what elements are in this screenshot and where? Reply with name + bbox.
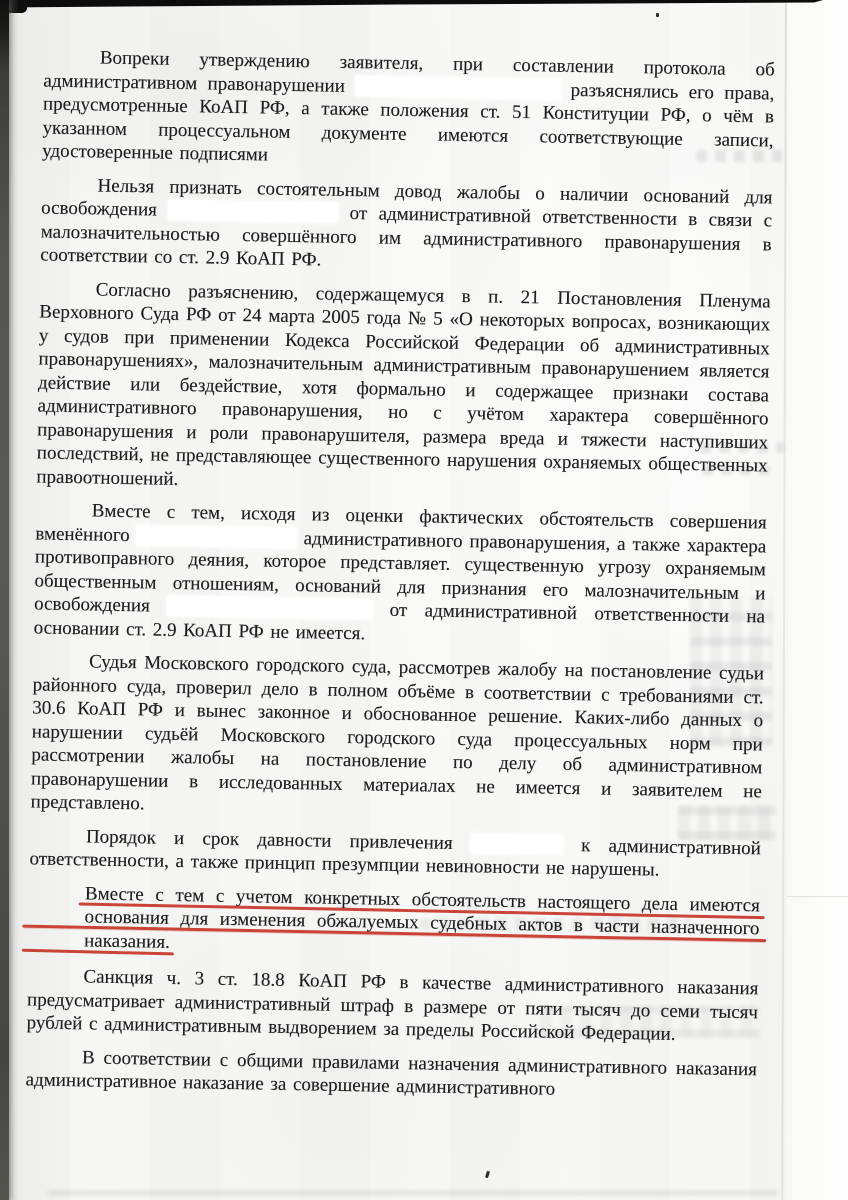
- scan-top-edge: [0, 0, 823, 8]
- scan-left-edge-soft: [9, 0, 19, 1200]
- paragraph-general-rules: В соответствии с общими правилами назнач…: [25, 1045, 757, 1105]
- dust-speck: [485, 1171, 490, 1179]
- paragraph-protocol-rights: Вопреки утверждению заявителя, при соста…: [42, 45, 775, 175]
- paragraph-release-argument: Нельзя признать состоятельным довод жало…: [40, 173, 773, 280]
- redaction-box: [136, 525, 296, 548]
- paragraph-no-insignificance: Вместе с тем, исходя из оценки фактическ…: [33, 498, 766, 652]
- scan-left-edge: [0, 0, 9, 1200]
- redaction-box: [355, 76, 560, 100]
- paragraph-grounds-to-amend-underlined: Вместе с тем с учетом конкретных обстоят…: [28, 881, 760, 965]
- paragraph-plenum-explanation: Согласно разъяснению, содержащемуся в п.…: [36, 277, 771, 501]
- redaction-box: [471, 833, 563, 855]
- scan-bottom-shadow: [48, 1191, 778, 1195]
- redaction-box: [167, 596, 372, 620]
- paragraph-moscow-city-court: Судья Московского городского суда, рассм…: [30, 649, 764, 826]
- page-right-margin: [787, 0, 848, 1200]
- paragraph-sanction-18-8: Санкция ч. 3 ст. 18.8 КоАП РФ в качестве…: [26, 964, 758, 1048]
- hairline-artifact: [786, 896, 848, 897]
- redaction-box: [168, 200, 338, 223]
- document-text: Вопреки утверждению заявителя, при соста…: [25, 45, 775, 1114]
- dust-speck: [656, 13, 659, 17]
- paragraph-terms-presumption: Порядок и срок давности привлечения к ад…: [29, 824, 761, 884]
- scanned-page: Вопреки утверждению заявителя, при соста…: [0, 0, 848, 1200]
